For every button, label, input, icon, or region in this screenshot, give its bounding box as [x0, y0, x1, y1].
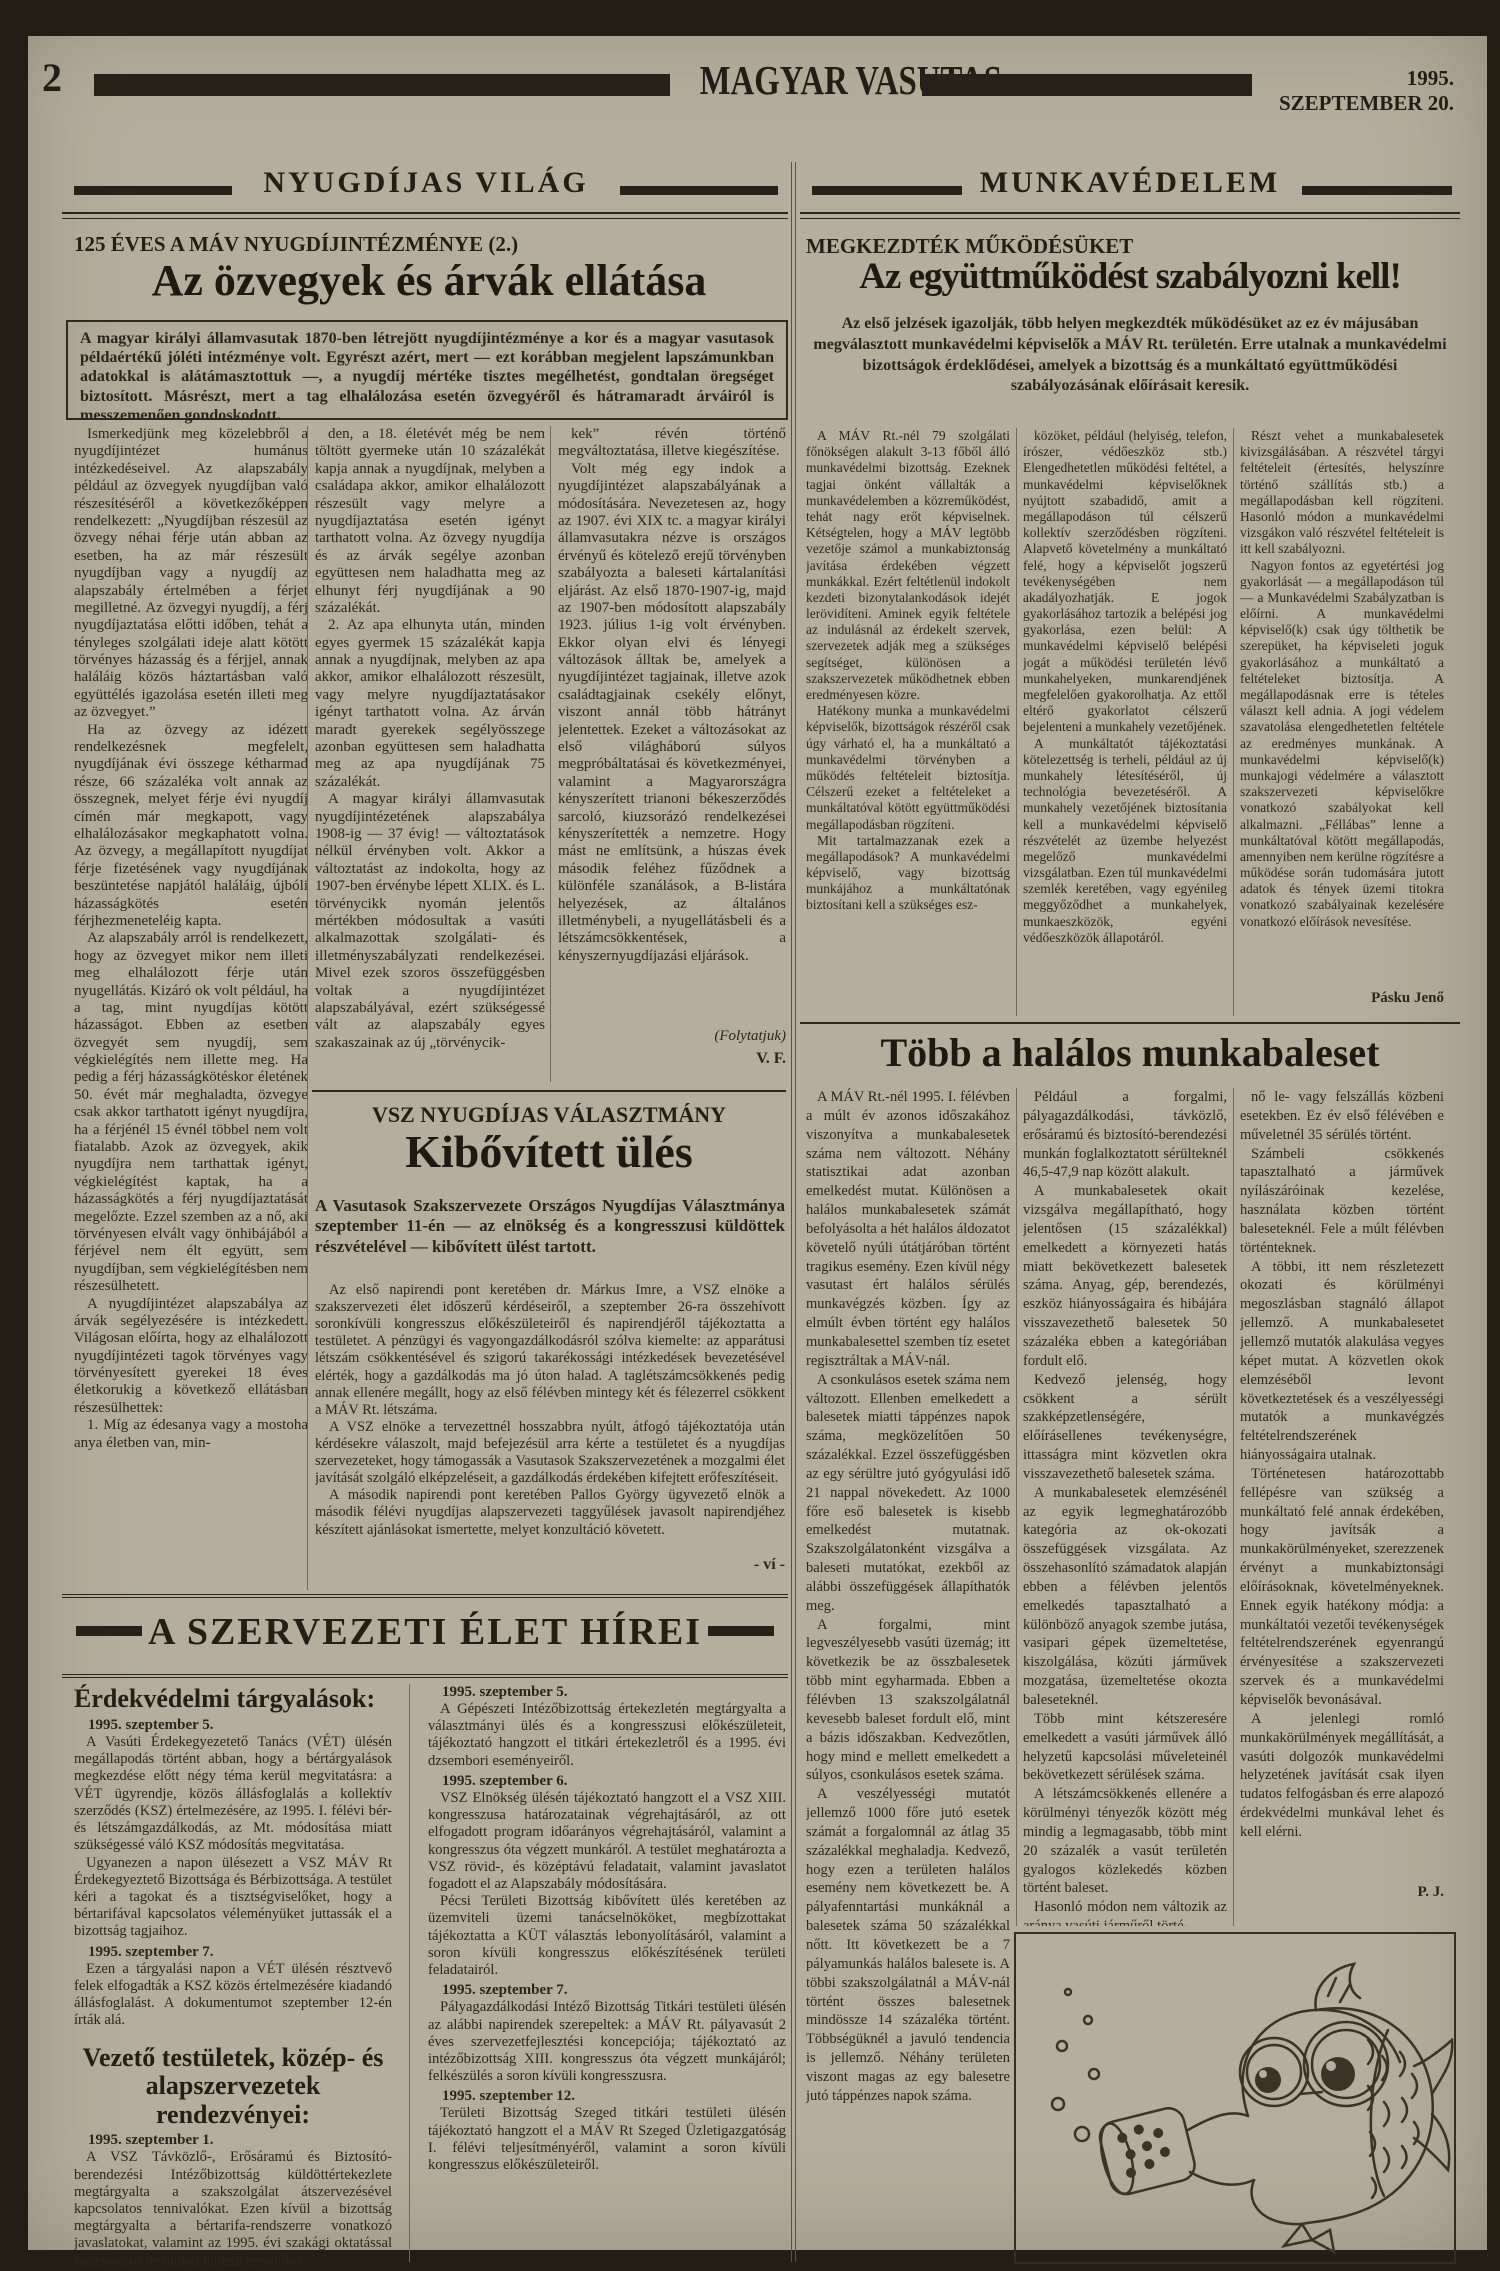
column-rule: [550, 426, 551, 1082]
article4-column-3: nő le- vagy felszállás közbeni esetekben…: [1240, 1088, 1444, 1878]
news-column-left: Érdekvédelmi tárgyalások: 1995. szeptemb…: [74, 1684, 392, 2266]
section-title-right: MUNKAVÉDELEM: [962, 166, 1298, 200]
news-entry-date: 1995. szeptember 7.: [88, 1944, 392, 1961]
section-bar: [1302, 186, 1452, 195]
news-entry-text: Pécsi Területi Bizottság kibővített ülés…: [428, 1893, 786, 1979]
article3-column-2: közöket, például (helyiség, telefon, író…: [1023, 428, 1227, 1016]
article1-column-1: Ismerkedjünk meg közelebbről a nyugdíjin…: [74, 426, 308, 1590]
news-entry-text: A Gépészeti Intézőbizottság értekezletén…: [428, 1701, 786, 1770]
masthead: MAGYAR VASUTAS: [700, 56, 889, 104]
fish-cartoon-drawing: [1016, 1934, 1454, 2262]
column-rule: [1233, 428, 1234, 1016]
section-bar: [620, 186, 778, 195]
column-rule: [409, 1684, 410, 2262]
column-rule: [1016, 428, 1017, 1016]
news-entry-text: Területi Bizottság Szeged titkári testül…: [428, 2105, 786, 2174]
article1-column-2: den, a 18. életévét még be nem töltött g…: [315, 426, 545, 1084]
news-entry-date: 1995. szeptember 7.: [442, 1982, 786, 1999]
news-entry-date: 1995. szeptember 12.: [442, 2088, 786, 2105]
section-bar: [74, 186, 232, 195]
column-rule: [307, 426, 308, 1590]
news-entry-date: 1995. szeptember 6.: [442, 1773, 786, 1790]
banner-bar-left: [76, 1626, 142, 1636]
column-rule: [1233, 1088, 1234, 1926]
masthead-bar-left: [94, 74, 670, 96]
banner-bar-right: [708, 1626, 774, 1636]
article4-column-2: Például a forgalmi, pályagazdálkodási, t…: [1023, 1088, 1227, 1926]
article1-kicker: 125 ÉVES A MÁV NYUGDÍJINTÉZMÉNYE (2.): [74, 232, 714, 257]
news-entry-text: Pályagazdálkodási Intéző Bizottság Titká…: [428, 1999, 786, 2085]
article3-byline: Pásku Jenő: [1240, 990, 1444, 1007]
masthead-bar-right: [922, 74, 1252, 96]
news-heading-1: Érdekvédelmi tárgyalások:: [74, 1684, 392, 1714]
news-entry-text: A VSZ Távközlő-, Erősáramú és Biztosító-…: [74, 2149, 392, 2266]
article2-body: Az első napirendi pont keretében dr. Már…: [315, 1282, 785, 1554]
article4-top-rule: [800, 1022, 1460, 1024]
article1-byline: V. F.: [558, 1050, 786, 1068]
news-entry-text: VSZ Elnökség ülésén tájékoztató hangzott…: [428, 1790, 786, 1893]
section-title-left: NYUGDÍJAS VILÁG: [236, 166, 616, 200]
news-entry-date: 1995. szeptember 1.: [88, 2132, 392, 2149]
article1-lead: A magyar királyi államvasutak 1870-ben l…: [66, 320, 788, 420]
article3-lead: Az első jelzések igazolják, több helyen …: [806, 314, 1454, 418]
news-entry-date: 1995. szeptember 5.: [442, 1684, 786, 1701]
article4-byline: P. J.: [1240, 1884, 1444, 1901]
news-entry-date: 1995. szeptember 5.: [88, 1717, 392, 1734]
section-rule: [800, 212, 1460, 219]
news-heading-2: Vezető testületek, közép- és alapszervez…: [74, 2044, 392, 2130]
banner-box: A SZERVEZETI ÉLET HÍREI: [62, 1594, 788, 1678]
scan-edge-right: [1487, 0, 1500, 2271]
article3-column-1: A MÁV Rt.-nél 79 szolgálati főnökségen a…: [806, 428, 1010, 1016]
issue-date: 1995. SZEPTEMBER 20.: [1258, 66, 1454, 116]
article1-headline: Az özvegyek és árvák ellátása: [74, 258, 784, 304]
news-column-right: 1995. szeptember 5. A Gépészeti Intézőbi…: [428, 1684, 786, 2266]
article2-byline: - ví -: [315, 1556, 785, 1574]
newspaper-page: 2 MAGYAR VASUTAS 1995. SZEPTEMBER 20. NY…: [0, 0, 1500, 2271]
article2-headline: Kibővített ülés: [312, 1128, 786, 1176]
fish-cartoon: [1014, 1932, 1456, 2264]
article2-kicker: VSZ NYUGDÍJAS VÁLASZTMÁNY: [312, 1102, 786, 1128]
article2-top-rule: [312, 1090, 786, 1092]
section-rule: [62, 212, 788, 219]
article4-headline: Több a halálos munkabaleset: [800, 1032, 1460, 1074]
article1-continuation: (Folytatjuk): [558, 1028, 786, 1045]
section-bar: [812, 186, 962, 195]
news-entry-text: Ugyanezen a napon ülésezett a VSZ MÁV Rt…: [74, 1855, 392, 1941]
news-entry-text: A Vasúti Érdekegyezetető Tanács (VÉT) ül…: [74, 1734, 392, 1855]
article3-column-3: Részt vehet a munkabalesetek kivizsgálás…: [1240, 428, 1444, 988]
scan-edge-top: [0, 0, 1500, 36]
column-rule: [1016, 1088, 1017, 1926]
article4-column-1: A MÁV Rt.-nél 1995. I. félévben a múlt é…: [806, 1088, 1010, 2258]
news-entry-text: Ezen a tárgyalási napon a VÉT ülésén rés…: [74, 1961, 392, 2030]
scan-edge-left: [0, 0, 28, 2271]
article2-lead: A Vasutasok Szakszervezete Országos Nyug…: [315, 1196, 785, 1276]
page-number: 2: [42, 54, 88, 101]
article1-column-3: kek” révén történő megváltoztatása, ille…: [558, 426, 786, 1026]
column-divider-main: [791, 162, 796, 2262]
banner-title: A SZERVEZETI ÉLET HÍREI: [62, 1610, 788, 1654]
article3-headline: Az együttműködést szabályozni kell!: [800, 258, 1460, 297]
